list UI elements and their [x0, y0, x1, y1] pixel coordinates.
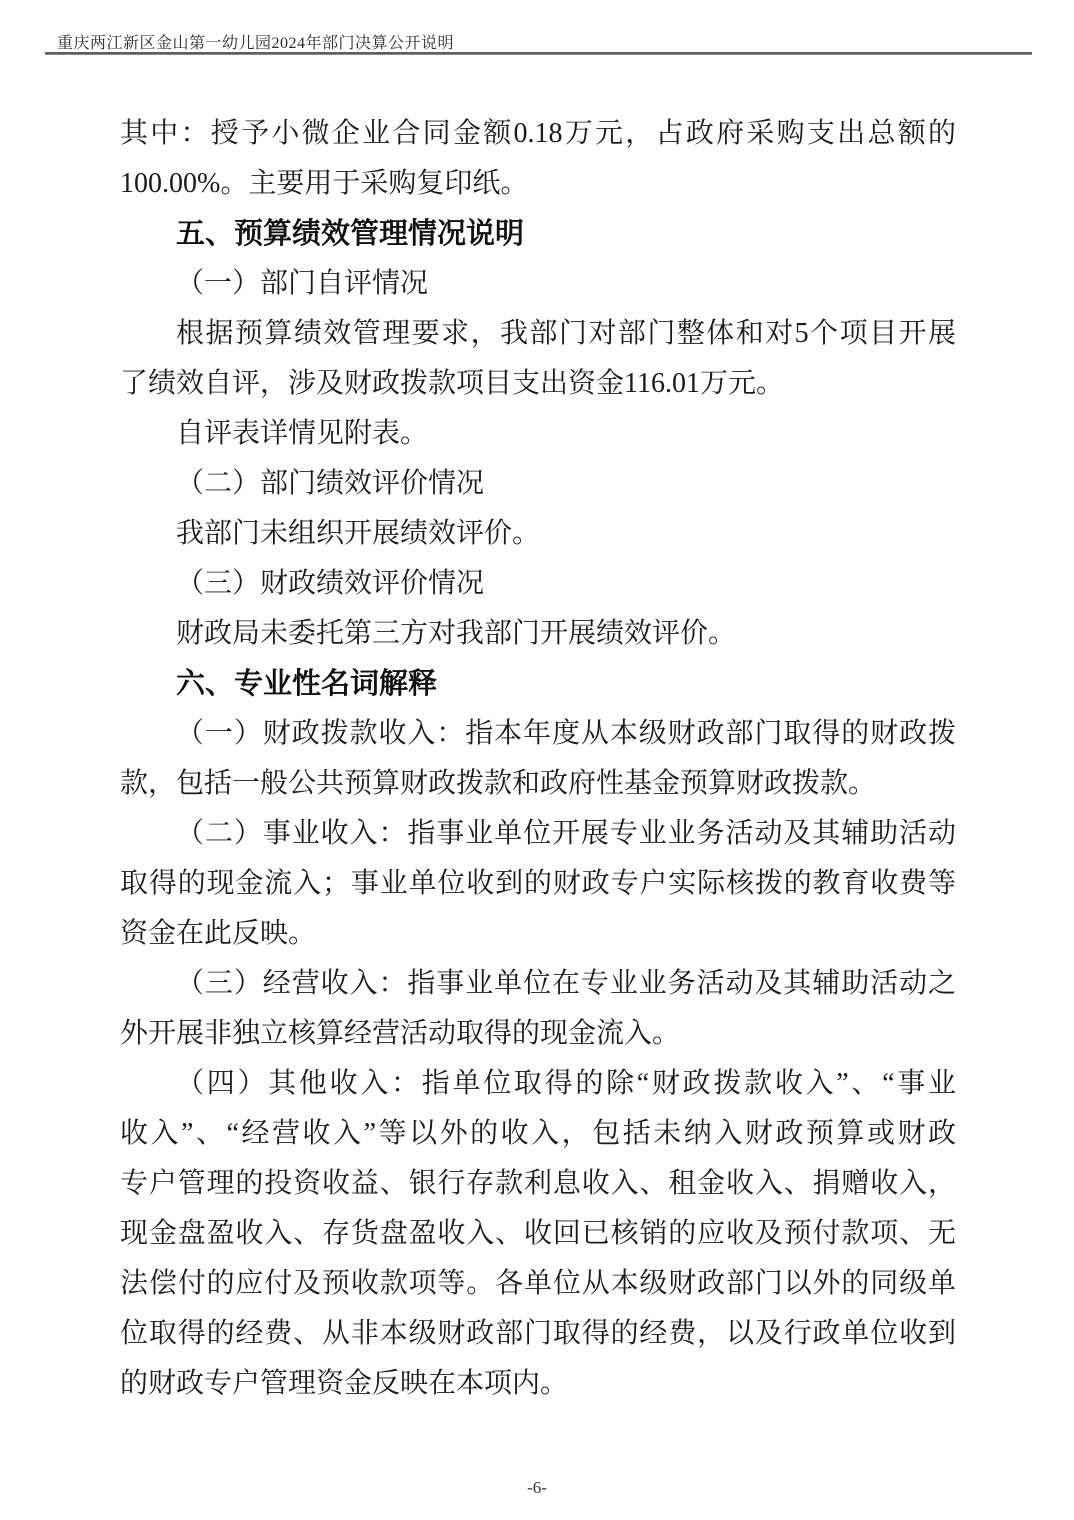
body-line: 资金在此反映。: [120, 909, 956, 959]
body-line: 自评表详情见附表。: [120, 409, 956, 459]
sub-heading: （二）部门绩效评价情况: [120, 459, 956, 509]
body-line: （四）其他收入：指单位取得的除“财政拨款收入”、“事业: [120, 1059, 956, 1109]
section-heading: 六、专业性名词解释: [120, 659, 956, 709]
body-line: 款，包括一般公共预算财政拨款和政府性基金预算财政拨款。: [120, 759, 956, 809]
document-page: 重庆两江新区金山第一幼儿园2024年部门决算公开说明 其中：授予小微企业合同金额…: [0, 0, 1074, 1520]
body-line: 的财政专户管理资金反映在本项内。: [120, 1359, 956, 1409]
body-line: （三）经营收入：指事业单位在专业业务活动及其辅助活动之: [120, 959, 956, 1009]
body-line: 其中：授予小微企业合同金额0.18万元，占政府采购支出总额的: [120, 109, 956, 159]
body-line: 外开展非独立核算经营活动取得的现金流入。: [120, 1009, 956, 1059]
body-line: 取得的现金流入；事业单位收到的财政专户实际核拨的教育收费等: [120, 859, 956, 909]
body-line: （二）事业收入：指事业单位开展专业业务活动及其辅助活动: [120, 809, 956, 859]
body-line: 我部门未组织开展绩效评价。: [120, 509, 956, 559]
body-line: 专户管理的投资收益、银行存款利息收入、租金收入、捐赠收入，: [120, 1159, 956, 1209]
body-line: 根据预算绩效管理要求，我部门对部门整体和对5个项目开展: [120, 309, 956, 359]
body-line: 法偿付的应付及预收款项等。各单位从本级财政部门以外的同级单: [120, 1259, 956, 1309]
header-rule: [45, 52, 1032, 55]
body-line: 100.00%。主要用于采购复印纸。: [120, 159, 956, 209]
document-body: 其中：授予小微企业合同金额0.18万元，占政府采购支出总额的 100.00%。主…: [120, 109, 956, 1409]
body-line: 现金盘盈收入、存货盘盈收入、收回已核销的应收及预付款项、无: [120, 1209, 956, 1259]
body-line: 位取得的经费、从非本级财政部门取得的经费，以及行政单位收到: [120, 1309, 956, 1359]
header-title: 重庆两江新区金山第一幼儿园2024年部门决算公开说明: [57, 30, 454, 53]
sub-heading: （一）部门自评情况: [120, 259, 956, 309]
body-line: 财政局未委托第三方对我部门开展绩效评价。: [120, 609, 956, 659]
page-number: -6-: [0, 1478, 1074, 1498]
body-line: （一）财政拨款收入：指本年度从本级财政部门取得的财政拨: [120, 709, 956, 759]
body-line: 了绩效自评，涉及财政拨款项目支出资金116.01万元。: [120, 359, 956, 409]
sub-heading: （三）财政绩效评价情况: [120, 559, 956, 609]
section-heading: 五、预算绩效管理情况说明: [120, 209, 956, 259]
body-line: 收入”、“经营收入”等以外的收入，包括未纳入财政预算或财政: [120, 1109, 956, 1159]
